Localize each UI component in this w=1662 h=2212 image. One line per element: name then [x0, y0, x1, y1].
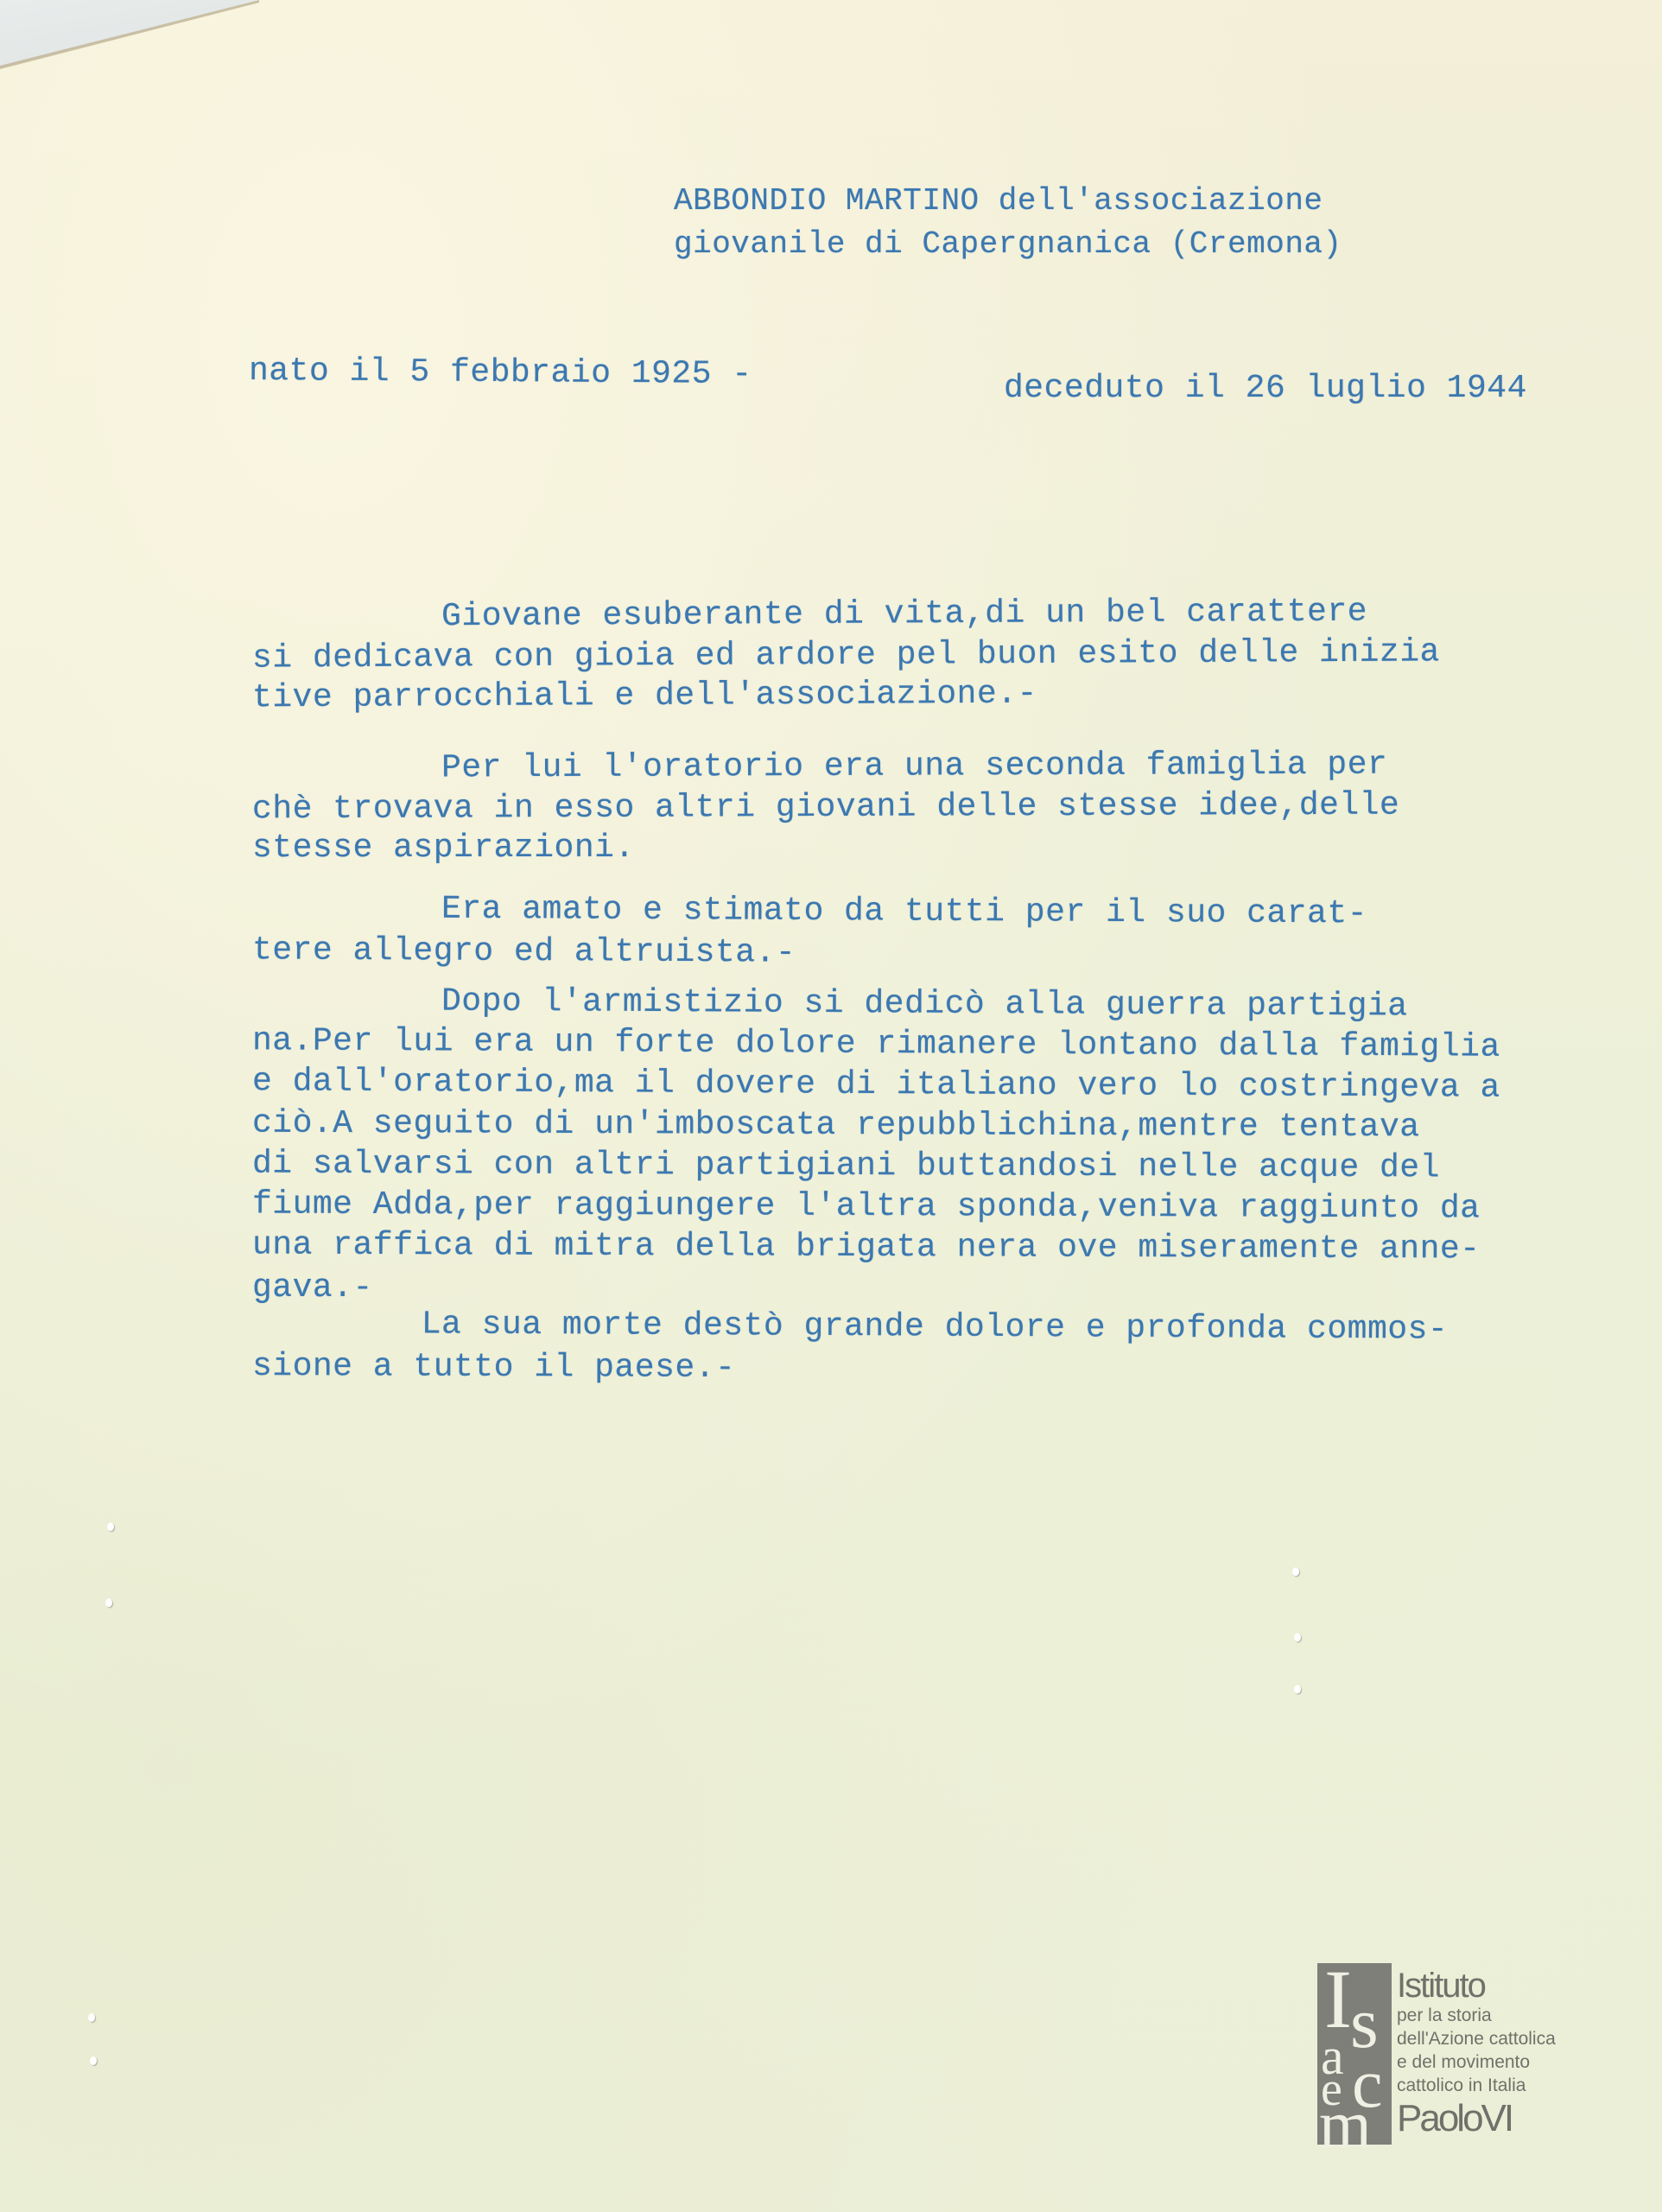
- punch-marks-bottom-left: [86, 2005, 102, 2108]
- paragraph-line: gava.-: [252, 1269, 373, 1306]
- paragraph-line: Dopo l'armistizio si dedicò alla guerra …: [240, 982, 1408, 1025]
- paragraph-line: Era amato e stimato da tutti per il suo …: [240, 890, 1367, 933]
- heading-line-1: ABBONDIO MARTINO dell'associazione: [674, 183, 1323, 219]
- paragraph-line: na.Per lui era un forte dolore rimanere …: [252, 1022, 1500, 1066]
- paragraph-line: tere allegro ed altruista.-: [252, 931, 796, 971]
- paragraph-line: una raffica di mitra della brigata nera …: [252, 1227, 1481, 1268]
- death-date: deceduto il 26 luglio 1944: [1004, 370, 1527, 407]
- paragraph-line: tive parrocchiali e dell'associazione.-: [252, 676, 1037, 717]
- paragraph-line: chè trovava in esso altri giovani delle …: [252, 787, 1399, 829]
- logo-name: PaoloVI: [1397, 2100, 1512, 2138]
- paragraph-line: di salvarsi con altri partigiani buttand…: [252, 1146, 1440, 1187]
- punch-marks-left: [104, 1512, 119, 1616]
- paragraph-line: stesse aspirazioni.: [252, 829, 635, 867]
- punch-marks-right: [1287, 1564, 1303, 1668]
- logo-letter-m: m: [1319, 2091, 1372, 2158]
- paragraph-line: ciò.A seguito di un'imboscata repubblich…: [252, 1105, 1420, 1147]
- paragraph-line: si dedicava con gioia ed ardore pel buon…: [252, 633, 1440, 677]
- paragraph-line: e dall'oratorio,ma il dovere di italiano…: [252, 1063, 1500, 1107]
- paragraph-line: sione a tutto il paese.-: [252, 1348, 735, 1387]
- heading-line-2: giovanile di Capergnanica (Cremona): [674, 226, 1342, 262]
- logo-line-3: e del movimento: [1397, 2053, 1530, 2071]
- birth-date: nato il 5 febbraio 1925 -: [249, 353, 752, 393]
- isacem-logo: I s a e c m Istituto per la storia dell'…: [1317, 1963, 1628, 2145]
- paragraph-line: fiume Adda,per raggiungere l'altra spond…: [252, 1186, 1481, 1228]
- logo-title: Istituto: [1397, 1968, 1485, 2003]
- logo-line-2: dell'Azione cattolica: [1397, 2030, 1556, 2048]
- logo-line-1: per la storia: [1397, 2006, 1492, 2024]
- paragraph-line: Per lui l'oratorio era una seconda famig…: [240, 747, 1387, 788]
- paragraph-line: La sua morte destò grande dolore e profo…: [240, 1305, 1448, 1348]
- paragraph-line: Giovane esuberante di vita,di un bel car…: [240, 594, 1367, 637]
- logo-line-4: cattolico in Italia: [1397, 2076, 1526, 2094]
